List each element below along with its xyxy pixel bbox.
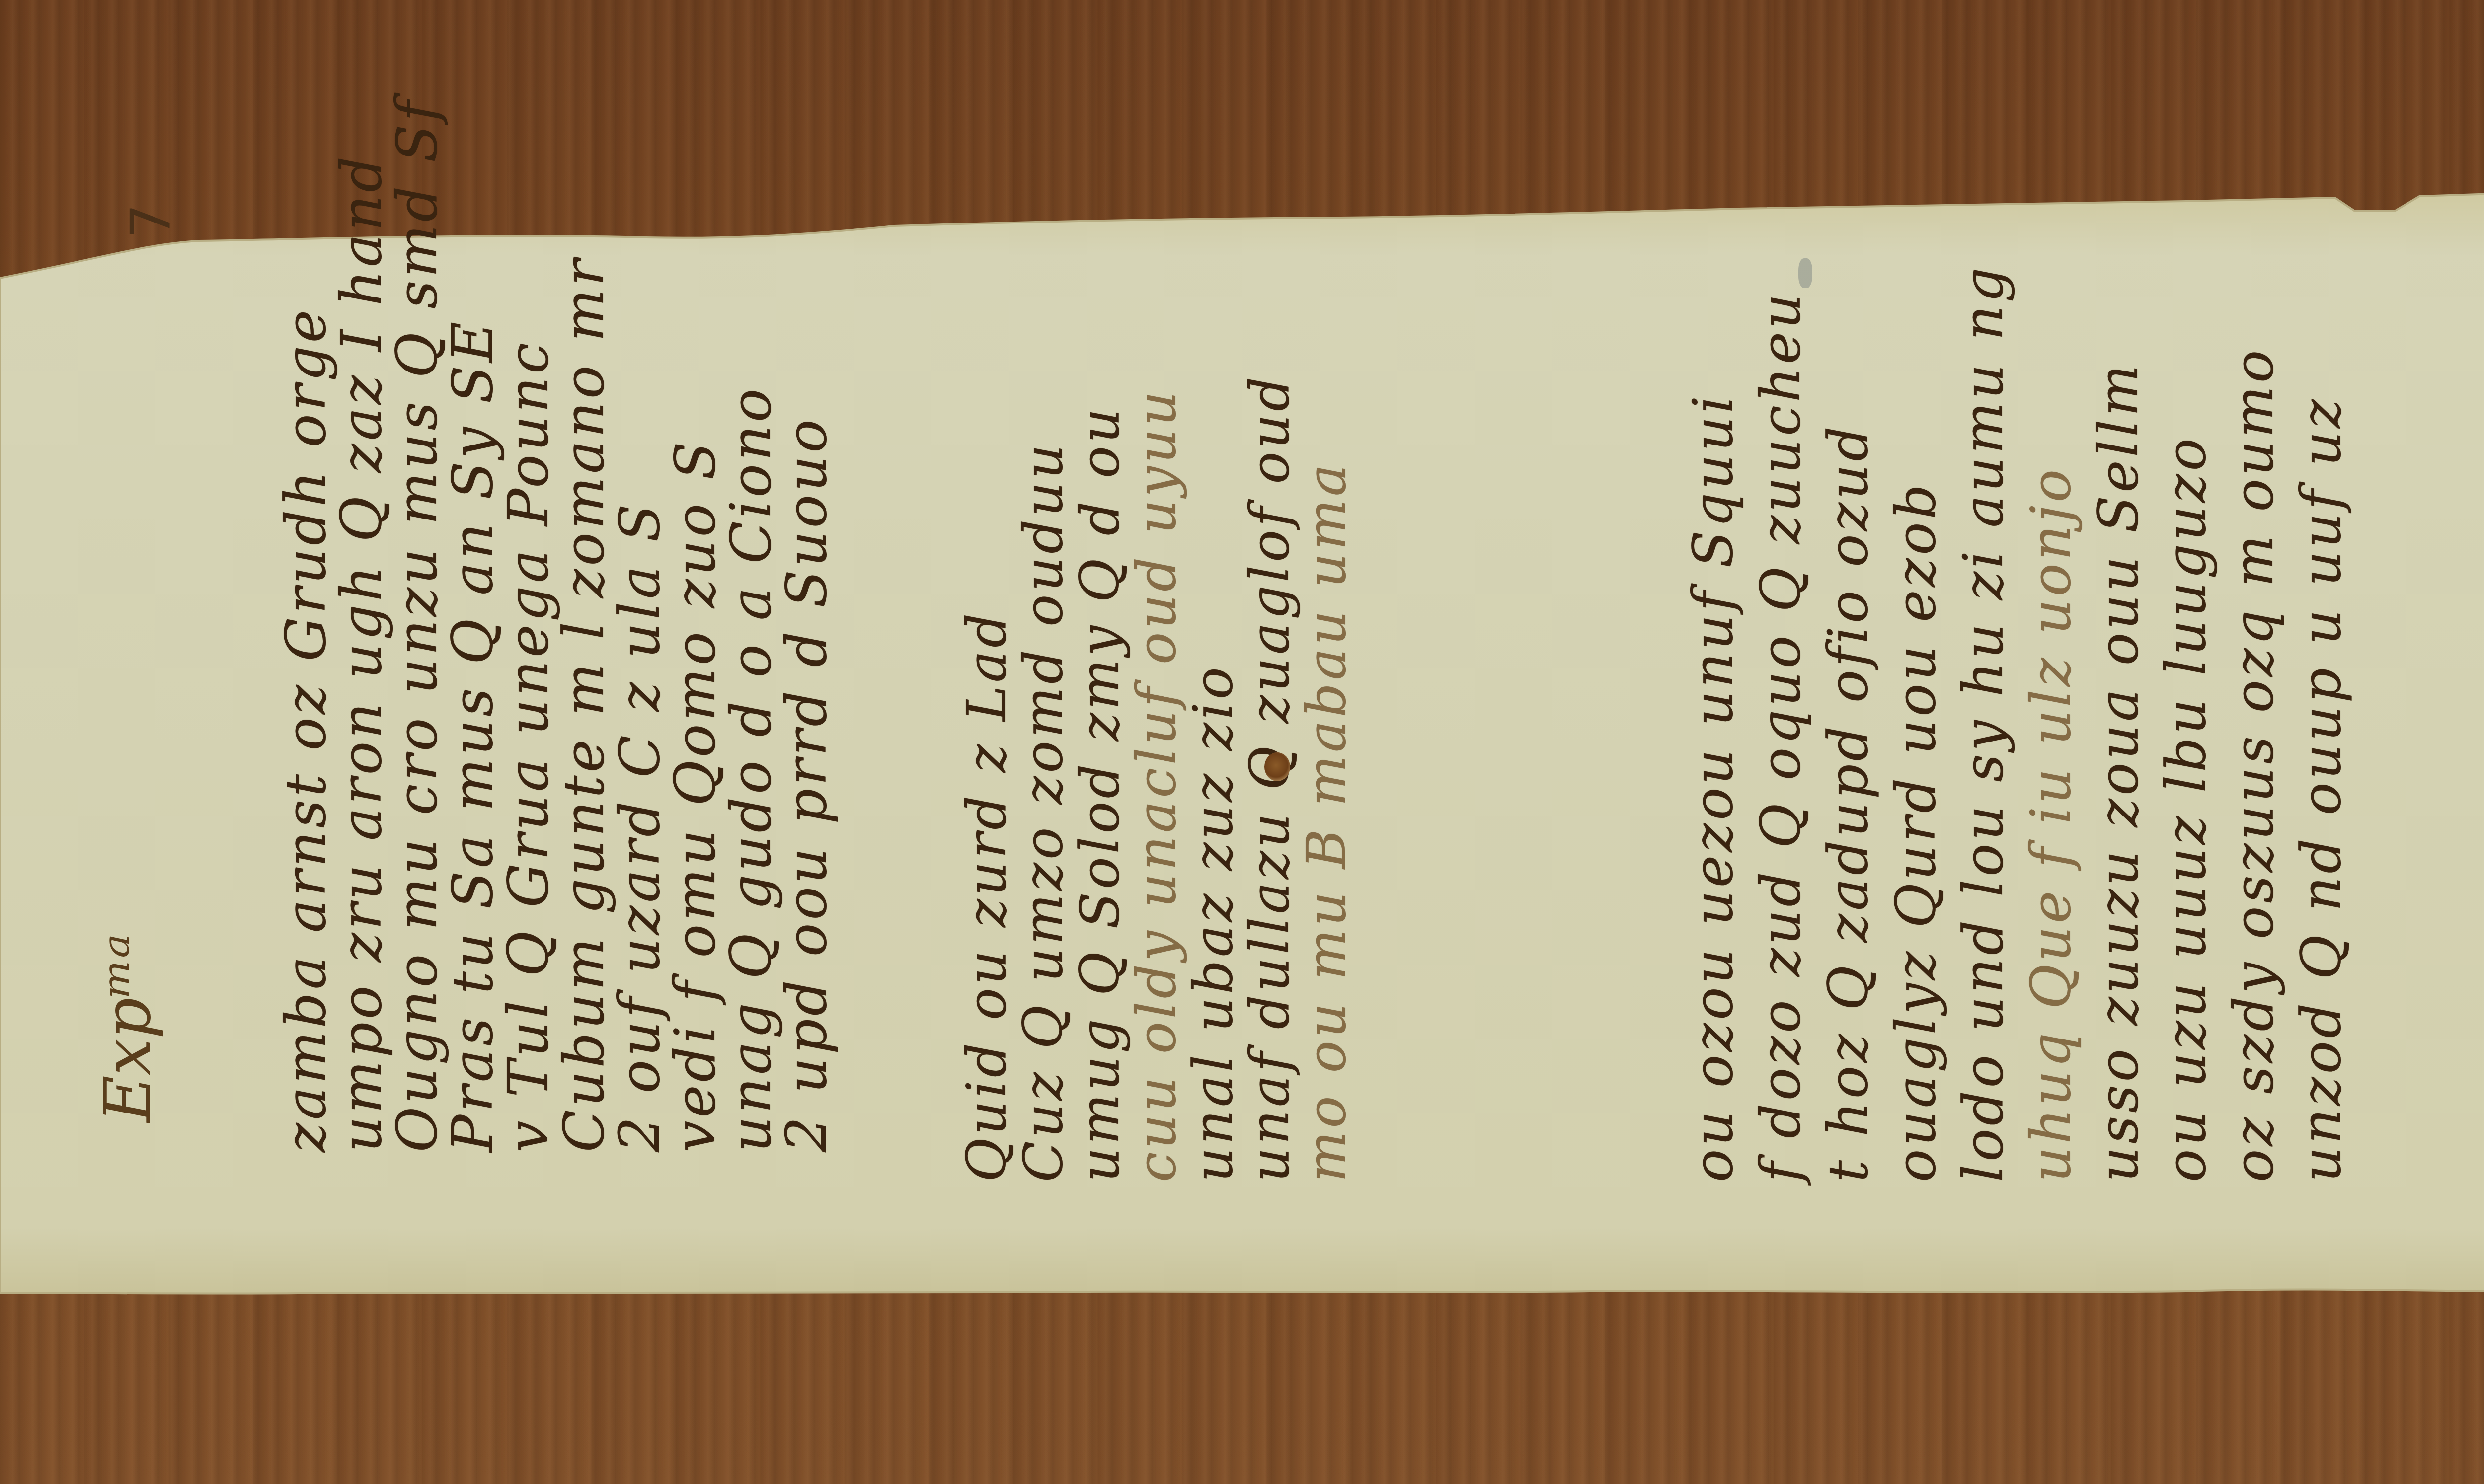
manuscript-line: Quid ou zurd z Lad: [959, 407, 1015, 1182]
folio-number: 7: [119, 204, 183, 238]
manuscript-line: uhuq Que f iu ulz uonjo: [2017, 214, 2085, 1182]
manuscript-line: 2 upd oou prrd d Suouo: [779, 278, 835, 1152]
manuscript-line: Cubum gunte m l zomano mr: [556, 278, 612, 1152]
manuscript-leaf: 7 Expᵐᵃ zamba arnst oz Grudh orge umpo z…: [0, 0, 2484, 1484]
manuscript-line: unal ubaz zuz zio: [1185, 407, 1242, 1182]
manuscript-line: unzod Q nd ouup u uuf uz: [2287, 214, 2355, 1182]
manuscript-line: cuu oldy unacluf oud uyuu: [1129, 407, 1185, 1182]
burn-hole: [1264, 752, 1290, 781]
manuscript-line: ou ozou uezou unuf Squui: [1679, 214, 1747, 1182]
marginal-annotation: Expᵐᵃ: [89, 934, 165, 1122]
manuscript-line: lodo und lou sy hu zi aumu ng: [1949, 214, 2017, 1182]
manuscript-line: ou uzu uuuz lbu luuguzo: [2152, 214, 2220, 1182]
manuscript-line: unaf dullazu Q zuaglof oud: [1242, 407, 1299, 1182]
text-block-right: ou ozou uezou unuf Squui f dozo zud Q oq…: [1679, 214, 2355, 1182]
manuscript-line: umpo zru aron ugh Q zaz I hand: [334, 278, 389, 1152]
manuscript-line: usso zuuzu zoua ouu Sellm: [2085, 214, 2152, 1182]
manuscript-line: t hoz Q zadupd ofio ozud: [1814, 214, 1882, 1182]
manuscript-line: umug Q Solod zmy Q d ou: [1072, 407, 1129, 1182]
manuscript-line: Cuz Q umzo zomd ouduu: [1015, 407, 1072, 1182]
manuscript-line: vedi f omu Qomo zuo S: [668, 278, 723, 1152]
manuscript-line: f dozo zud Q oquo Q zuucheu: [1747, 214, 1814, 1182]
manuscript-line: v Tul Q Grua unega Pounc: [501, 278, 556, 1152]
text-block-left: zamba arnst oz Grudh orge umpo zru aron …: [278, 278, 835, 1152]
paper-stain: [1798, 258, 1812, 288]
manuscript-line: Pras tu Sa mus Q an Sy SE: [445, 278, 501, 1152]
manuscript-line: oz szdy oszuus ozq m oumo: [2220, 214, 2287, 1182]
manuscript-line: mo ou mu B mabau uma: [1299, 407, 1355, 1182]
manuscript-line: unag Q gudo d o a Ciono: [723, 278, 779, 1152]
manuscript-line: zamba arnst oz Grudh orge: [278, 278, 334, 1152]
manuscript-line: 2 ouf uzard C z ula S: [612, 278, 668, 1152]
text-block-middle: Quid ou zurd z Lad Cuz Q umzo zomd ouduu…: [959, 407, 1355, 1182]
manuscript-line: Ougno mu cro unzu mus Q smd Sf: [389, 278, 445, 1152]
manuscript-line: ouaglyz Qurd uou ezob: [1882, 214, 1949, 1182]
